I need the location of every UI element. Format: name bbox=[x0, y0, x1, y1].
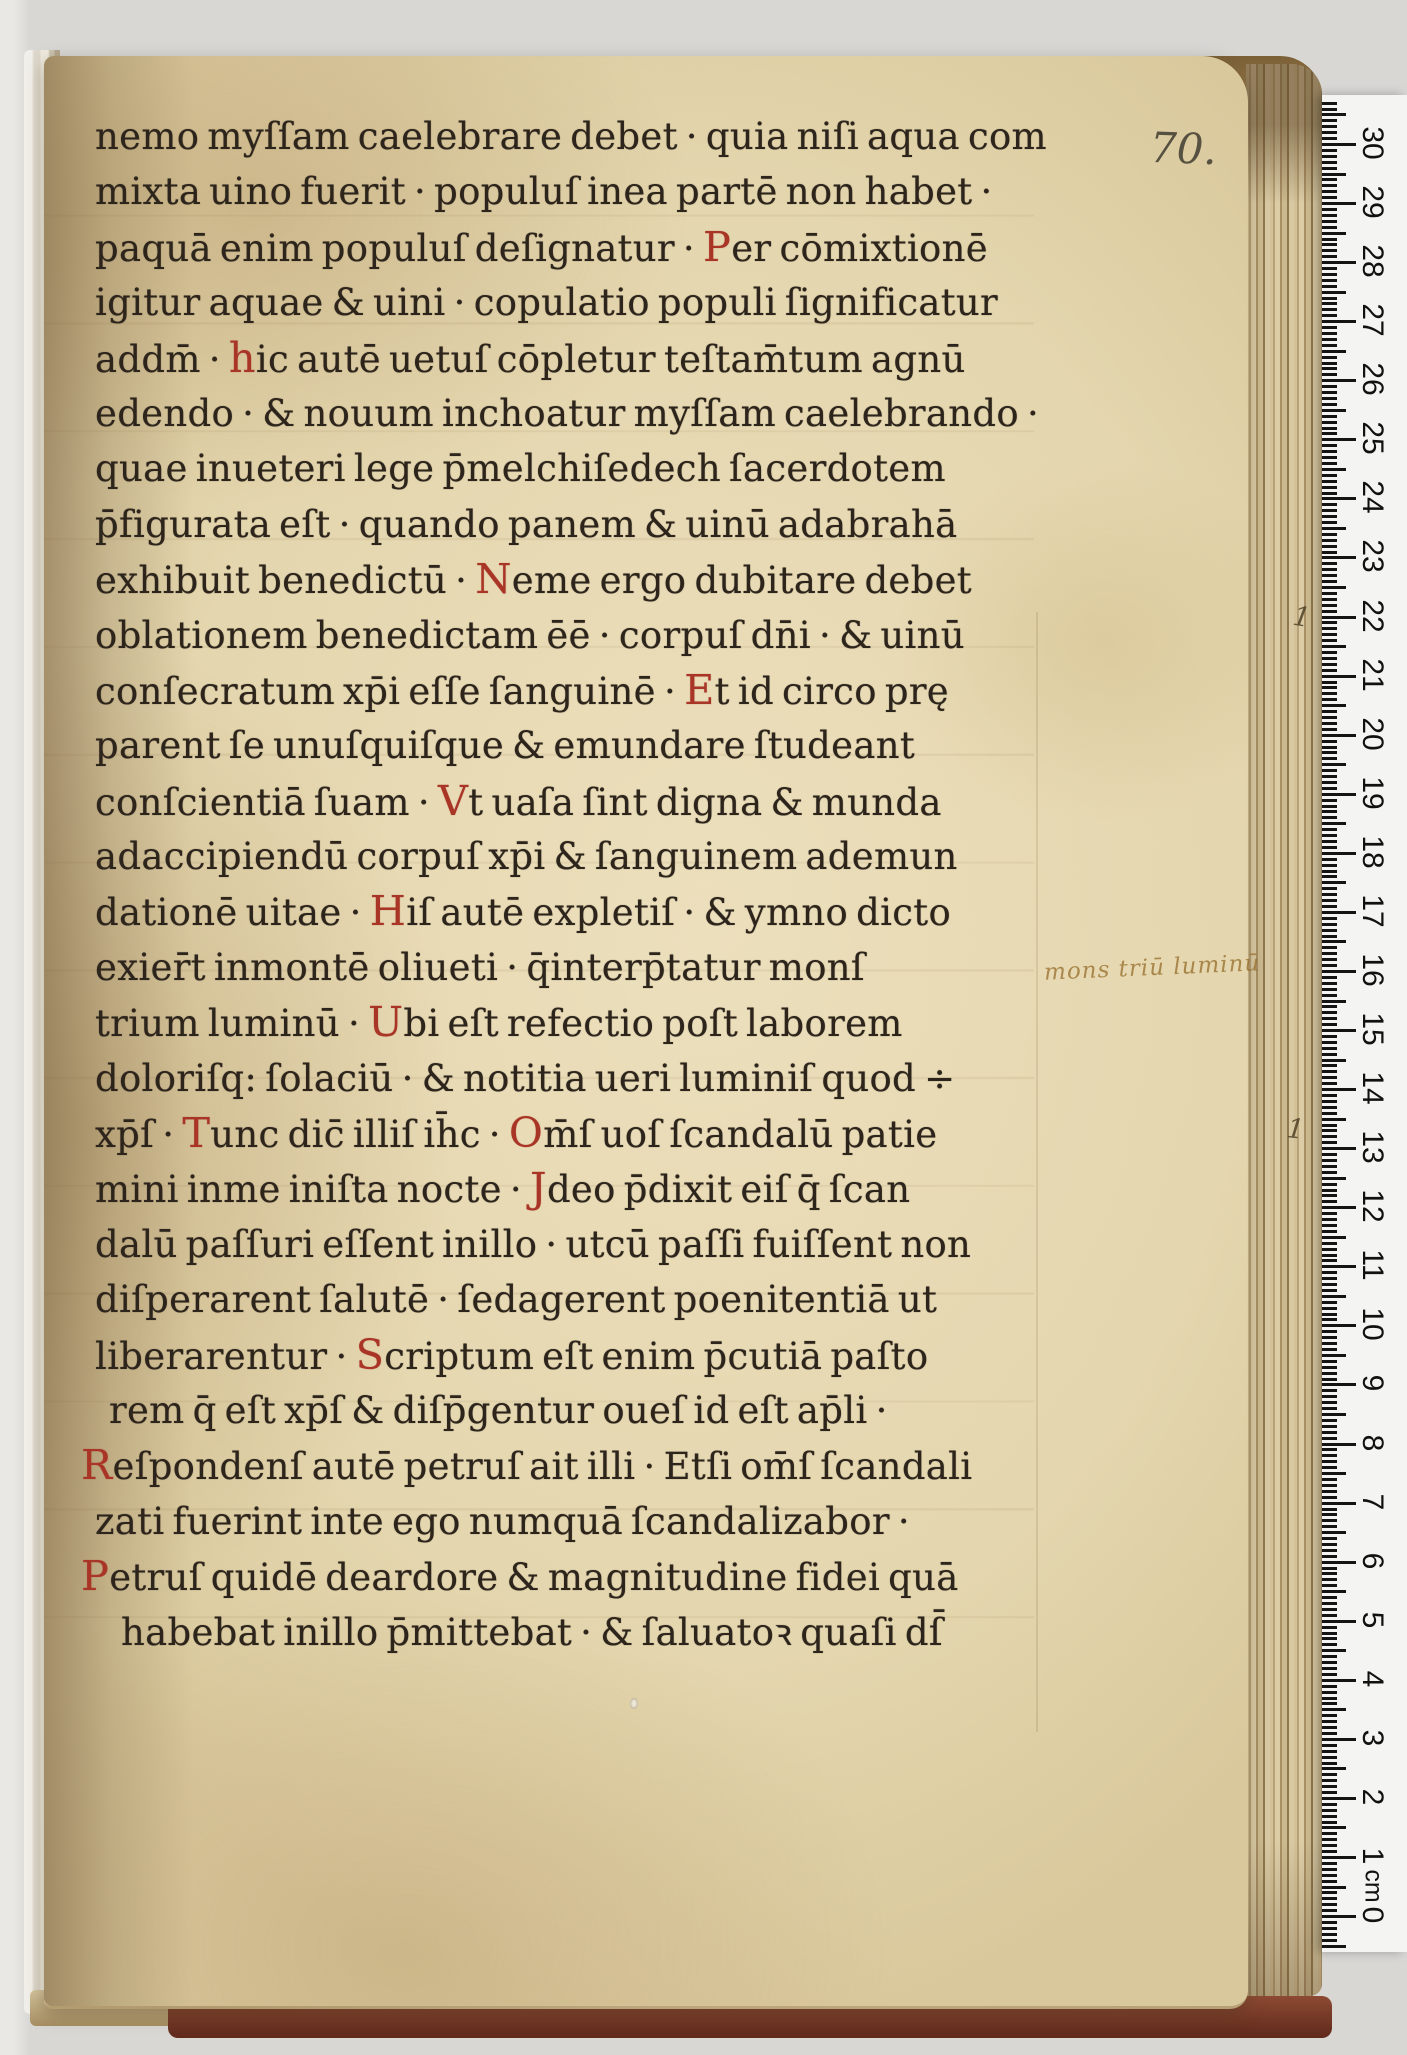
ruler-tick bbox=[1322, 686, 1337, 689]
rubricated-initial: U bbox=[368, 998, 403, 1046]
ruler-tick bbox=[1322, 1395, 1337, 1398]
ruler-tick bbox=[1322, 1454, 1337, 1457]
line-text: mixta uino fuerit · populuſ inea partē n… bbox=[95, 170, 993, 213]
ruler-tick bbox=[1322, 580, 1337, 583]
ruler-tick bbox=[1322, 816, 1337, 819]
ruler-tick bbox=[1322, 214, 1337, 217]
ruler-tick bbox=[1322, 1023, 1337, 1026]
ruler-tick bbox=[1322, 1000, 1346, 1003]
manuscript-line: addm̄ · hic autē uetuſ cōpletur teſtam̄t… bbox=[95, 331, 1055, 386]
ruler-tick bbox=[1322, 350, 1346, 353]
manuscript-line: p̄figurata eſt · quando panem & uinū ada… bbox=[95, 497, 1055, 552]
ruler-tick bbox=[1322, 799, 1337, 802]
folio-number: 70. bbox=[1149, 123, 1217, 174]
ruler-tick bbox=[1322, 722, 1337, 725]
line-text: eſpondenſ autē petruſ ait illi · Etſi om… bbox=[113, 1445, 973, 1488]
ruler-tick bbox=[1322, 1389, 1337, 1392]
ruler-tick bbox=[1322, 1242, 1337, 1245]
ruler-tick bbox=[1322, 976, 1337, 979]
ruler-tick bbox=[1322, 1832, 1337, 1835]
ruler-tick bbox=[1322, 173, 1346, 176]
ruler-number: 25 bbox=[1355, 422, 1389, 455]
ruler-tick bbox=[1322, 994, 1337, 997]
photo-background: 1 1 nemo myſſam caelebrare debet · quia … bbox=[0, 0, 1407, 2055]
ruler-tick bbox=[1322, 1702, 1337, 1705]
line-text: addm̄ · bbox=[95, 338, 229, 381]
manuscript-line: liberarentur · Scriptum eſt enim p̄cutiā… bbox=[95, 1328, 1055, 1383]
ruler-tick bbox=[1322, 238, 1337, 241]
ruler-tick bbox=[1322, 905, 1337, 908]
ruler-tick bbox=[1322, 1590, 1346, 1593]
ruler-tick bbox=[1322, 521, 1337, 524]
ruler-tick bbox=[1322, 793, 1356, 796]
ruler-tick bbox=[1322, 1626, 1337, 1629]
ruler-tick bbox=[1322, 1673, 1337, 1676]
manuscript-line: trium luminū · Ubi eſt refectio poſt lab… bbox=[95, 995, 1055, 1050]
manuscript-line: dationē uitae · Hiſ autē expletiſ · & ym… bbox=[95, 884, 1055, 939]
manuscript-line: parent ſe unuſquiſque & emundare ſtudean… bbox=[95, 718, 1055, 773]
ruler-tick bbox=[1322, 592, 1337, 595]
ruler-tick bbox=[1322, 403, 1337, 406]
ruler-tick bbox=[1322, 952, 1337, 955]
manuscript-line: adaccipiendū corpuſ xp̄i & ſanguinem ade… bbox=[95, 829, 1055, 884]
ruler-tick bbox=[1322, 1324, 1356, 1327]
ruler-tick bbox=[1322, 1171, 1337, 1174]
line-text: t id circo prę bbox=[715, 670, 949, 713]
ruler-number: 15 bbox=[1355, 1012, 1389, 1045]
ruler-tick bbox=[1322, 964, 1337, 967]
ruler-tick bbox=[1322, 1785, 1337, 1788]
ruler-tick bbox=[1322, 492, 1337, 495]
ruler-tick bbox=[1322, 308, 1337, 311]
ruler-tick bbox=[1322, 1153, 1337, 1156]
ruler-tick bbox=[1322, 1620, 1356, 1623]
line-text: exhibuit benedictū · bbox=[95, 559, 475, 602]
ruler-tick bbox=[1322, 1295, 1346, 1298]
manuscript-line: dalū paſſuri eſſent inillo · utcū paſſi … bbox=[95, 1217, 1055, 1272]
ruler-tick bbox=[1322, 556, 1356, 559]
ruler-tick bbox=[1322, 1567, 1337, 1570]
ruler-tick bbox=[1322, 1779, 1337, 1782]
ruler-tick bbox=[1322, 1596, 1337, 1599]
ruler-tick bbox=[1322, 178, 1337, 181]
ruler-tick bbox=[1322, 1555, 1337, 1558]
ruler-tick bbox=[1322, 1035, 1337, 1038]
ruler-tick bbox=[1322, 1419, 1337, 1422]
line-text: rem q̄ eſt xp̄ſ & diſp̄gentur oueſ id eſ… bbox=[109, 1389, 888, 1432]
ruler-tick bbox=[1322, 255, 1337, 258]
ruler-tick bbox=[1322, 1194, 1337, 1197]
line-text: doloriſq: ſolaciū · & notitia ueri lumin… bbox=[95, 1057, 955, 1100]
rubricated-initial: J bbox=[530, 1164, 547, 1212]
ruler-tick bbox=[1322, 131, 1337, 134]
ruler-tick bbox=[1322, 1029, 1356, 1032]
ruler-number: 26 bbox=[1355, 363, 1389, 396]
ruler-number: 12 bbox=[1355, 1190, 1389, 1223]
ruler-number: 23 bbox=[1355, 540, 1389, 573]
ruler-tick bbox=[1322, 728, 1337, 731]
ruler-tick bbox=[1322, 1537, 1337, 1540]
ruler-unit-label: cm bbox=[1359, 1869, 1388, 1902]
ruler-tick bbox=[1322, 285, 1337, 288]
manuscript-line: nemo myſſam caelebrare debet · quia niſi… bbox=[95, 109, 1055, 164]
ruler-tick bbox=[1322, 840, 1337, 843]
ruler-tick bbox=[1322, 1431, 1337, 1434]
ruler-tick bbox=[1322, 184, 1337, 187]
line-text: bi eſt refectio poſt laborem bbox=[403, 1002, 902, 1045]
ruler-tick bbox=[1322, 604, 1337, 607]
ruler-tick bbox=[1322, 810, 1337, 813]
manuscript-line: mini inme iniſta nocte · Jdeo p̄dixit ei… bbox=[95, 1161, 1055, 1216]
ruler-tick bbox=[1322, 474, 1337, 477]
ruler-tick bbox=[1322, 610, 1337, 613]
ruler-tick bbox=[1322, 1549, 1337, 1552]
ruler-tick bbox=[1322, 338, 1337, 341]
ruler-tick bbox=[1322, 1212, 1337, 1215]
ruler-tick bbox=[1322, 1189, 1337, 1192]
ruler-tick bbox=[1322, 1502, 1356, 1505]
ruler-tick bbox=[1322, 911, 1356, 914]
manuscript-line: Reſpondenſ autē petruſ ait illi · Etſi o… bbox=[81, 1438, 1055, 1493]
ruler-tick bbox=[1322, 1525, 1337, 1528]
ruler-tick bbox=[1322, 356, 1337, 359]
ruler-tick bbox=[1322, 539, 1337, 542]
rubricated-initial: H bbox=[370, 887, 406, 935]
ruler-tick bbox=[1322, 1927, 1337, 1930]
ruler-tick bbox=[1322, 1531, 1346, 1534]
ruler-tick bbox=[1322, 332, 1337, 335]
ruler-tick bbox=[1322, 1271, 1337, 1274]
ruler-tick bbox=[1322, 781, 1337, 784]
line-text: conſecratum xp̄i eſſe ſanguinē · bbox=[95, 670, 684, 713]
ruler-tick bbox=[1322, 503, 1337, 506]
line-text: parent ſe unuſquiſque & emundare ſtudean… bbox=[95, 724, 915, 767]
ruler-number: 30 bbox=[1355, 126, 1389, 159]
ruler-tick bbox=[1322, 545, 1337, 548]
ruler-tick bbox=[1322, 586, 1346, 589]
ruler-tick bbox=[1322, 1685, 1337, 1688]
ruler-tick bbox=[1322, 1259, 1337, 1262]
ruler-tick bbox=[1322, 822, 1346, 825]
ruler-tick bbox=[1322, 1903, 1337, 1906]
ruler-tick bbox=[1322, 923, 1337, 926]
ruler-tick bbox=[1322, 462, 1337, 465]
line-text: igitur aquae & uini · copulatio populi ſ… bbox=[95, 281, 998, 324]
fore-edge-pages bbox=[1246, 64, 1322, 1996]
ruler-tick bbox=[1322, 1118, 1346, 1121]
line-text: paquā enim populuſ deſignatur · bbox=[95, 227, 703, 270]
ruler-tick bbox=[1322, 757, 1337, 760]
ruler-tick bbox=[1322, 1643, 1337, 1646]
manuscript-line: paquā enim populuſ deſignatur · Per cōmi… bbox=[95, 220, 1055, 275]
ruler-tick bbox=[1322, 1336, 1337, 1339]
rubricated-initial: P bbox=[703, 223, 731, 271]
ruler-tick bbox=[1322, 202, 1356, 205]
ruler-tick bbox=[1322, 551, 1337, 554]
line-text: etruſ quidē deardore & magnitudine fidei… bbox=[109, 1556, 958, 1599]
manuscript-line: conſcientiā ſuam · Vt uaſa ſint digna & … bbox=[95, 774, 1055, 829]
manuscript-line: rem q̄ eſt xp̄ſ & diſp̄gentur oueſ id eſ… bbox=[109, 1383, 1055, 1438]
ruler-tick bbox=[1322, 1005, 1337, 1008]
ruler-tick bbox=[1322, 1496, 1337, 1499]
ruler-tick bbox=[1322, 1443, 1356, 1446]
ruler-tick bbox=[1322, 621, 1337, 624]
fore-edge-mark: 1 bbox=[1285, 1113, 1305, 1146]
ruler-tick bbox=[1322, 1218, 1337, 1221]
ruler-tick bbox=[1322, 1844, 1337, 1847]
ruler-number: 24 bbox=[1355, 481, 1389, 514]
ruler-tick bbox=[1322, 740, 1337, 743]
ruler-tick bbox=[1322, 1047, 1337, 1050]
ruler-tick bbox=[1322, 769, 1337, 772]
ruler-tick bbox=[1322, 1301, 1337, 1304]
ruler-tick bbox=[1322, 1578, 1337, 1581]
ruler-tick bbox=[1322, 710, 1337, 713]
manuscript-line: Petruſ quidē deardore & magnitudine fide… bbox=[81, 1549, 1055, 1604]
ruler-number: 5 bbox=[1355, 1611, 1389, 1628]
ruler-tick bbox=[1322, 1283, 1337, 1286]
ruler-tick bbox=[1322, 1236, 1346, 1239]
ruler-tick bbox=[1322, 1897, 1337, 1900]
ruler-tick bbox=[1322, 1891, 1337, 1894]
ruler-tick bbox=[1322, 1909, 1337, 1912]
ruler-tick bbox=[1322, 627, 1337, 630]
manuscript-line: doloriſq: ſolaciū · & notitia ueri lumin… bbox=[95, 1051, 1055, 1106]
line-text: zati fuerint inte ego numquā ſcandalizab… bbox=[95, 1500, 910, 1543]
ruler-tick bbox=[1322, 1856, 1356, 1859]
ruler-tick bbox=[1322, 1732, 1337, 1735]
ruler-tick bbox=[1322, 143, 1356, 146]
ruler-tick bbox=[1322, 1933, 1337, 1936]
ruler-tick bbox=[1322, 1679, 1356, 1682]
manuscript-line: zati fuerint inte ego numquā ſcandalizab… bbox=[95, 1494, 1055, 1549]
ruler-tick bbox=[1322, 858, 1337, 861]
ruler-tick bbox=[1322, 267, 1337, 270]
ruler-number: 21 bbox=[1355, 658, 1389, 691]
ruler-tick bbox=[1322, 1378, 1337, 1381]
ruler-tick bbox=[1322, 450, 1337, 453]
ruler-number: 29 bbox=[1355, 185, 1389, 218]
ruler-tick bbox=[1322, 1094, 1337, 1097]
ruler-tick bbox=[1322, 1513, 1337, 1516]
ruler-tick bbox=[1322, 480, 1337, 483]
ruler-tick bbox=[1322, 864, 1337, 867]
ruler-tick bbox=[1322, 1868, 1337, 1871]
ruler-tick bbox=[1322, 108, 1337, 111]
ruler-tick bbox=[1322, 1756, 1337, 1759]
ruler-number: 13 bbox=[1355, 1131, 1389, 1164]
ruler-tick bbox=[1322, 1165, 1337, 1168]
ruler-tick bbox=[1322, 1088, 1356, 1091]
ruler-number: 18 bbox=[1355, 835, 1389, 868]
ruler-tick bbox=[1322, 1265, 1356, 1268]
ruler-tick bbox=[1322, 1076, 1337, 1079]
line-text: eme ergo dubitare debet bbox=[512, 559, 972, 602]
ruler-tick bbox=[1322, 1655, 1337, 1658]
ruler-tick bbox=[1322, 1053, 1337, 1056]
ruler-tick bbox=[1322, 1697, 1337, 1700]
ruler-tick bbox=[1322, 1850, 1337, 1853]
ruler-tick bbox=[1322, 1821, 1337, 1824]
rubricated-initial: P bbox=[81, 1552, 109, 1600]
ruler-tick bbox=[1322, 1915, 1356, 1918]
ruler-tick bbox=[1322, 326, 1337, 329]
ruler-tick bbox=[1322, 988, 1337, 991]
ruler-tick bbox=[1322, 681, 1337, 684]
ruler-tick bbox=[1322, 917, 1337, 920]
ruler-tick bbox=[1322, 1366, 1337, 1369]
ruler-tick bbox=[1322, 946, 1337, 949]
ruler-tick bbox=[1322, 1874, 1337, 1877]
ruler-tick bbox=[1322, 1720, 1337, 1723]
ruler-tick bbox=[1322, 444, 1337, 447]
ruler-tick bbox=[1322, 1773, 1337, 1776]
ruler-tick bbox=[1322, 1141, 1337, 1144]
ruler-tick bbox=[1322, 568, 1337, 571]
ruler-tick bbox=[1322, 1637, 1337, 1640]
ruler-tick bbox=[1322, 314, 1337, 317]
ruler-tick bbox=[1322, 261, 1356, 264]
ruler-tick bbox=[1322, 1614, 1337, 1617]
ruler-tick bbox=[1322, 208, 1337, 211]
ruler-tick bbox=[1322, 1608, 1337, 1611]
ruler-number: 1 bbox=[1355, 1848, 1389, 1865]
ruler-tick bbox=[1322, 657, 1337, 660]
ruler-tick bbox=[1322, 1313, 1337, 1316]
ruler-tick bbox=[1322, 415, 1337, 418]
ruler-tick bbox=[1322, 1372, 1337, 1375]
ruler-tick bbox=[1322, 1106, 1337, 1109]
ruler-tick bbox=[1322, 663, 1337, 666]
ruler-tick bbox=[1322, 875, 1337, 878]
ruler-tick bbox=[1322, 1484, 1337, 1487]
ruler-tick bbox=[1322, 1383, 1356, 1386]
ruler-number: 22 bbox=[1355, 599, 1389, 632]
ruler-tick bbox=[1322, 899, 1337, 902]
rubricated-initial: O bbox=[509, 1109, 543, 1157]
rubricated-initial: V bbox=[438, 777, 468, 825]
ruler-number: 3 bbox=[1355, 1730, 1389, 1747]
line-text: dalū paſſuri eſſent inillo · utcū paſſi … bbox=[95, 1223, 971, 1266]
ruler-tick bbox=[1322, 1803, 1337, 1806]
ruler-tick bbox=[1322, 1797, 1356, 1800]
ruler-tick bbox=[1322, 834, 1337, 837]
ruler-tick bbox=[1322, 1726, 1337, 1729]
ruler-tick bbox=[1322, 616, 1356, 619]
ruler-tick bbox=[1322, 1490, 1337, 1493]
ruler-tick bbox=[1322, 1177, 1346, 1180]
ruler-tick bbox=[1322, 1070, 1337, 1073]
ruler-tick bbox=[1322, 1466, 1337, 1469]
rubricated-initial: T bbox=[182, 1109, 210, 1157]
line-text: iſ autē expletiſ · & ymno dicto bbox=[406, 891, 951, 934]
line-text: nemo myſſam caelebrare debet · quia niſi… bbox=[95, 115, 1047, 158]
ruler-tick bbox=[1322, 509, 1337, 512]
ruler-tick bbox=[1322, 515, 1337, 518]
ruler-tick bbox=[1322, 1407, 1337, 1410]
ruler-tick bbox=[1322, 385, 1337, 388]
ruler-tick bbox=[1322, 846, 1337, 849]
ruler-tick bbox=[1322, 320, 1356, 323]
ruler-tick bbox=[1322, 746, 1337, 749]
ruler-tick bbox=[1322, 527, 1346, 530]
ruler-tick bbox=[1322, 1738, 1356, 1741]
ruler-tick bbox=[1322, 1064, 1337, 1067]
parchment-hole bbox=[630, 1698, 638, 1709]
ruler-tick bbox=[1322, 1348, 1337, 1351]
manuscript-line: exhibuit benedictū · Neme ergo dubitare … bbox=[95, 552, 1055, 607]
ruler-tick bbox=[1322, 397, 1337, 400]
ruler-tick bbox=[1322, 1129, 1337, 1132]
ruler-tick bbox=[1322, 1815, 1337, 1818]
ruler-tick bbox=[1322, 1602, 1337, 1605]
ruler-tick bbox=[1322, 1289, 1337, 1292]
line-text: quae inueteri lege p̄melchiſedech ſacerd… bbox=[95, 447, 946, 490]
ruler-tick bbox=[1322, 1478, 1337, 1481]
ruler-tick bbox=[1322, 1880, 1337, 1883]
ruler-tick bbox=[1322, 297, 1337, 300]
manuscript-line: xp̄ſ · Tunc dic̄ illiſ ih̄c · Om̄ſ uoſ ſ… bbox=[95, 1106, 1055, 1161]
ruler-tick bbox=[1322, 881, 1346, 884]
ruler-tick bbox=[1322, 970, 1356, 973]
ruler-number: 19 bbox=[1355, 776, 1389, 809]
ruler-tick bbox=[1322, 716, 1337, 719]
ruler-tick bbox=[1322, 1691, 1337, 1694]
ruler-tick bbox=[1322, 929, 1337, 932]
ruler-tick bbox=[1322, 1826, 1346, 1829]
ruler-tick bbox=[1322, 1183, 1337, 1186]
ruler-tick bbox=[1322, 1572, 1337, 1575]
ruler-tick bbox=[1322, 1886, 1346, 1889]
ruler-tick bbox=[1322, 1230, 1337, 1233]
ruler-tick bbox=[1322, 438, 1356, 441]
ruler-tick bbox=[1322, 633, 1337, 636]
line-text: xp̄ſ · bbox=[95, 1113, 182, 1156]
line-text: trium luminū · bbox=[95, 1002, 368, 1045]
manuscript-line: diſperarent ſalutē · ſedagerent poeniten… bbox=[95, 1272, 1055, 1327]
ruler-tick bbox=[1322, 1059, 1346, 1062]
manuscript-line: conſecratum xp̄i eſſe ſanguinē · Et id c… bbox=[95, 663, 1055, 718]
ruler-tick bbox=[1322, 391, 1337, 394]
ruler-tick bbox=[1322, 432, 1337, 435]
ruler-tick bbox=[1322, 421, 1337, 424]
ruler-tick bbox=[1322, 167, 1337, 170]
ruler-number: 7 bbox=[1355, 1493, 1389, 1510]
ruler-tick bbox=[1322, 273, 1337, 276]
ruler-tick bbox=[1322, 468, 1346, 471]
line-text: er cōmixtionē bbox=[731, 227, 988, 270]
ruler-tick bbox=[1322, 102, 1337, 105]
ruler-tick bbox=[1322, 1649, 1346, 1652]
ruler-tick bbox=[1322, 196, 1337, 199]
ruler-tick bbox=[1322, 1750, 1337, 1753]
text-block: nemo myſſam caelebrare debet · quia niſi… bbox=[95, 109, 1055, 1660]
ruler-tick bbox=[1322, 367, 1337, 370]
ruler-number: 17 bbox=[1355, 894, 1389, 927]
ruler-tick bbox=[1322, 958, 1337, 961]
ruler-tick bbox=[1322, 692, 1337, 695]
rubricated-initial: N bbox=[475, 555, 512, 603]
ruler-number: 6 bbox=[1355, 1552, 1389, 1569]
line-text: liberarentur · bbox=[95, 1335, 356, 1378]
ruler-tick bbox=[1322, 379, 1356, 382]
ruler-tick bbox=[1322, 940, 1346, 943]
ruler-tick bbox=[1322, 119, 1337, 122]
ruler-number: 14 bbox=[1355, 1071, 1389, 1104]
ruler-tick bbox=[1322, 1939, 1337, 1942]
ruler-tick bbox=[1322, 828, 1337, 831]
ruler-tick bbox=[1322, 243, 1337, 246]
